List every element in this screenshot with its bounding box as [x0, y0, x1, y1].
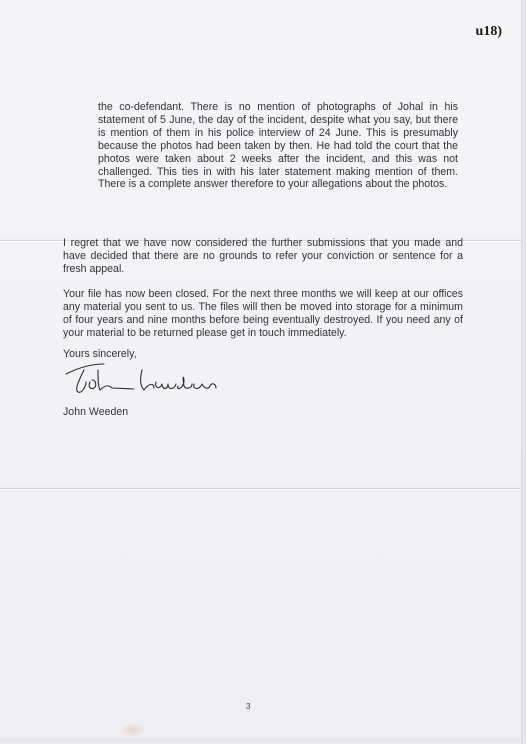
page-right-edge	[521, 0, 526, 744]
signatory-name: John Weeden	[63, 406, 128, 418]
page-bottom-edge	[0, 738, 522, 744]
page-number: 3	[246, 702, 250, 711]
page-reference-annotation: u18)	[476, 24, 502, 40]
signature-icon	[64, 360, 234, 400]
paragraph-decision: I regret that we have now considered the…	[63, 237, 463, 276]
paper-fold-line	[0, 488, 522, 489]
letter-page: u18) the co-defendant. There is no menti…	[0, 0, 522, 744]
paper-stain	[122, 724, 144, 736]
paragraph-file-closed: Your file has now been closed. For the n…	[63, 288, 463, 340]
paragraph-photo-evidence: the co-defendant. There is no mention of…	[98, 101, 458, 191]
closing-salutation: Yours sincerely,	[63, 348, 137, 360]
